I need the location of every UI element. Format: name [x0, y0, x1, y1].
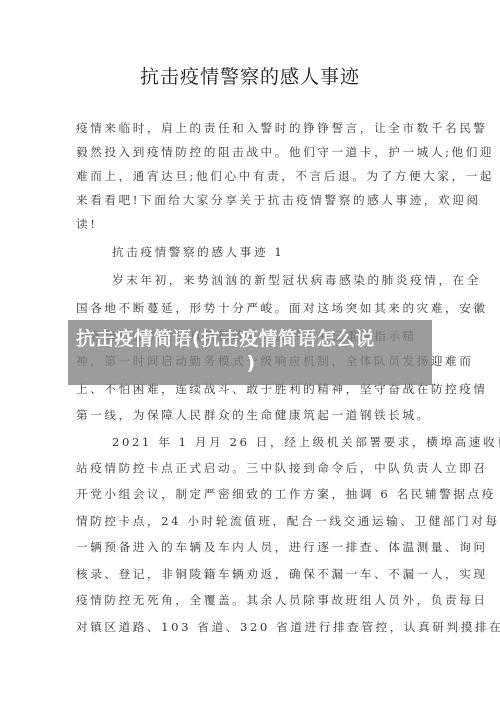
caption-line-2: )	[76, 351, 426, 375]
document-title: 抗击疫情警察的感人事迹	[0, 62, 500, 89]
paragraph-line: 站疫情防控卡点正式启动。三中队接到命令后，中队负责人立即召	[76, 460, 426, 476]
caption-overlay-text: 抗击疫情简语(抗击疫情简语怎么说 )	[76, 327, 426, 375]
paragraph-line: 2021 年 1 月月 26 日，经上级机关部署要求，横埠高速收费	[112, 434, 426, 450]
paragraph-line: 情防控卡点，24 小时轮流值班，配合一线交通运输、卫健部门对每	[76, 513, 426, 529]
paragraph-line: 岁末年初，来势汹汹的新型冠状病毒感染的肺炎疫情，在全	[112, 272, 426, 288]
caption-line-1: 抗击疫情简语(抗击疫情简语怎么说	[76, 328, 374, 350]
paragraph-line: 对镇区道路、103 省道、320 省道进行排查管控，认真研判摸排在道	[76, 619, 426, 635]
paragraph-line: 疫情防控无死角，全覆盖。其余人员除事故班组人员外，负责每日	[76, 592, 426, 608]
paragraph-line: 国各地不断蔓延，形势十分严峻。面对这场突如其来的灾难，安徽	[76, 300, 426, 316]
paragraph-line: 第一线，为保障人民群众的生命健康筑起一道钢铁长城。	[76, 407, 426, 423]
paragraph-line: 毅然投入到疫情防控的阻击战中。他们守一道卡，护一城人;他们迎	[76, 144, 426, 160]
paragraph-line: 难而上，通宵达旦;他们心中有责，不言后退。为了方便大家，一起	[76, 168, 426, 184]
paragraph-line: 开党小组会议，制定严密细致的工作方案，抽调 6 名民辅警据点疫	[76, 486, 426, 502]
paragraph-line: 来看看吧!下面给大家分享关于抗击疫情警察的感人事迹，欢迎阅	[76, 192, 426, 208]
paragraph-line: 读!	[76, 216, 426, 232]
paragraph-line: 核录、登记，非铜陵籍车辆劝返，确保不漏一车、不漏一人，实现	[76, 566, 426, 582]
section-heading: 抗击疫情警察的感人事迹 1	[112, 244, 426, 260]
paragraph-line: 疫情来临时，肩上的责任和入警时的铮铮誓言，让全市数千名民警	[76, 120, 426, 136]
paragraph-line: 一辆预备进入的车辆及车内人员，进行逐一排查、体温测量、询问	[76, 539, 426, 555]
